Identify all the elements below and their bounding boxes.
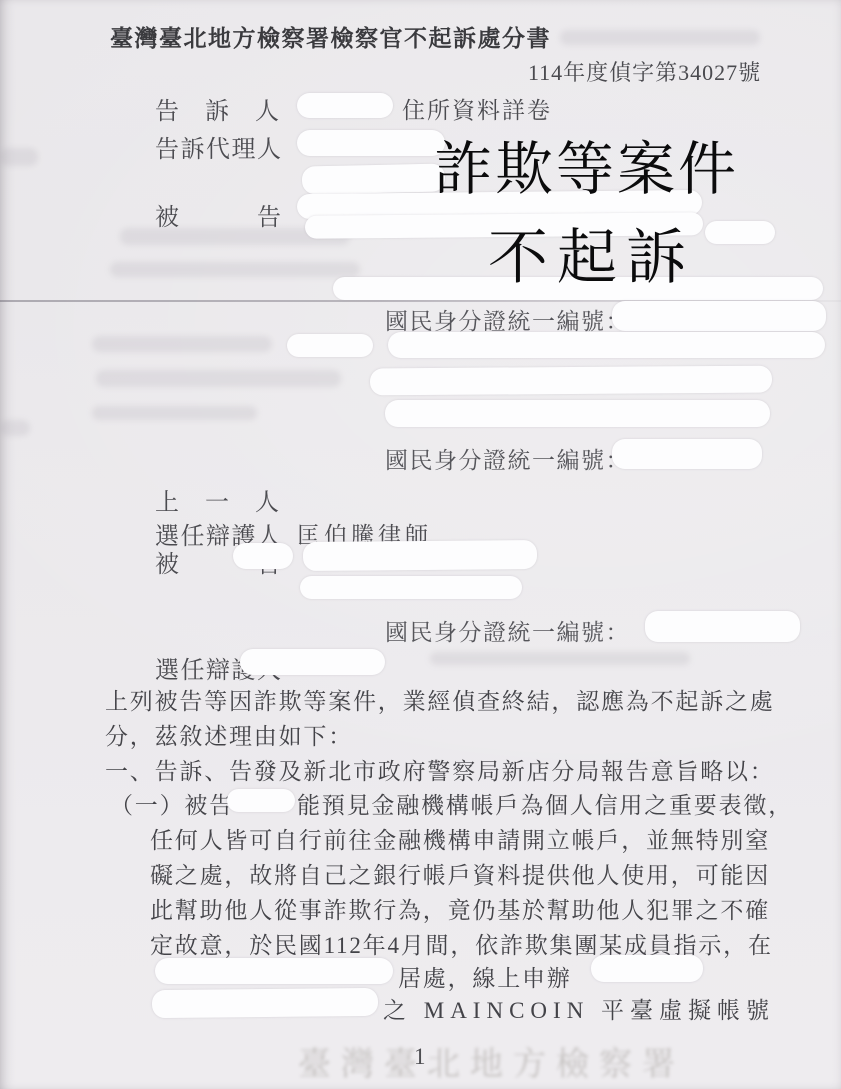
bleed-through-artifact — [110, 262, 360, 277]
redaction-block — [152, 988, 378, 1018]
body-line-2: 分，茲敘述理由如下： — [105, 718, 353, 751]
redaction-block — [705, 221, 775, 244]
redaction-block — [240, 649, 385, 675]
document-title: 臺灣臺北地方檢察署檢察官不起訴處分書 — [110, 20, 551, 53]
redaction-block — [300, 576, 522, 599]
bleed-through-artifact — [0, 148, 38, 166]
case-number: 114年度偵字第34027號 — [528, 56, 761, 87]
national-id-label: 國民身分證統一編號： — [385, 614, 630, 647]
bleed-through-artifact — [560, 30, 760, 45]
national-id-label: 國民身分證統一編號： — [385, 442, 630, 475]
body-line-4-prefix: （一）被告 — [110, 787, 234, 820]
body-line-6: 礙之處，故將自己之銀行帳戶資料提供他人使用，可能因 — [150, 857, 770, 890]
agency-watermark: 臺灣臺北地方檢察署 — [298, 1038, 685, 1085]
redaction-block — [155, 958, 393, 984]
body-line-9-text: 居處，線上申辦 — [398, 960, 572, 993]
page-number: 1 — [414, 1044, 426, 1070]
redaction-block — [303, 540, 537, 571]
redaction-block — [612, 439, 762, 469]
body-line-7: 此幫助他人從事詐欺行為，竟仍基於幫助他人犯罪之不確 — [150, 892, 770, 925]
body-line-10-text: 之 MAINCOIN 平臺虛擬帳號 — [383, 992, 775, 1025]
redaction-block — [388, 332, 825, 358]
bleed-through-artifact — [92, 336, 272, 352]
bleed-through-artifact — [0, 420, 30, 436]
overlay-case-type: 詐欺等案件 — [434, 122, 739, 206]
redaction-block — [612, 301, 826, 331]
party-label-complainant: 告訴人 — [155, 91, 305, 126]
bleed-through-artifact — [92, 406, 257, 420]
redaction-block — [302, 164, 446, 195]
scanned-document-page: 臺灣臺北地方檢察署檢察官不起訴處分書 114年度偵字第34027號 告訴人 住所… — [0, 0, 841, 1089]
address-note: 住所資料詳卷 — [402, 92, 552, 125]
redaction-block — [287, 334, 373, 357]
redaction-block — [370, 366, 772, 396]
overlay-result: 不起訴 — [488, 210, 695, 296]
bleed-through-artifact — [430, 652, 690, 665]
redaction-block — [591, 955, 703, 982]
bleed-through-artifact — [96, 370, 341, 387]
redaction-block — [645, 611, 800, 642]
redaction-block — [227, 789, 295, 812]
body-line-5: 任何人皆可自行前往金融機構申請開立帳戶，並無特別窒 — [150, 822, 770, 855]
body-line-1: 上列被告等因詐欺等案件，業經偵查終結，認應為不起訴之處 — [105, 683, 775, 716]
redaction-block — [233, 543, 293, 569]
party-label-same-person: 上一人 — [155, 482, 305, 517]
redaction-block — [297, 93, 393, 118]
redaction-block — [385, 400, 770, 427]
body-line-3: 一、告訴、告發及新北市政府警察局新店分局報告意旨略以： — [105, 753, 775, 786]
redaction-block — [297, 130, 445, 156]
party-label-complainant-agent: 告訴代理人 — [155, 129, 283, 164]
body-line-4-suffix: 能預見金融機構帳戶為個人信用之重要表徵， — [297, 787, 793, 820]
